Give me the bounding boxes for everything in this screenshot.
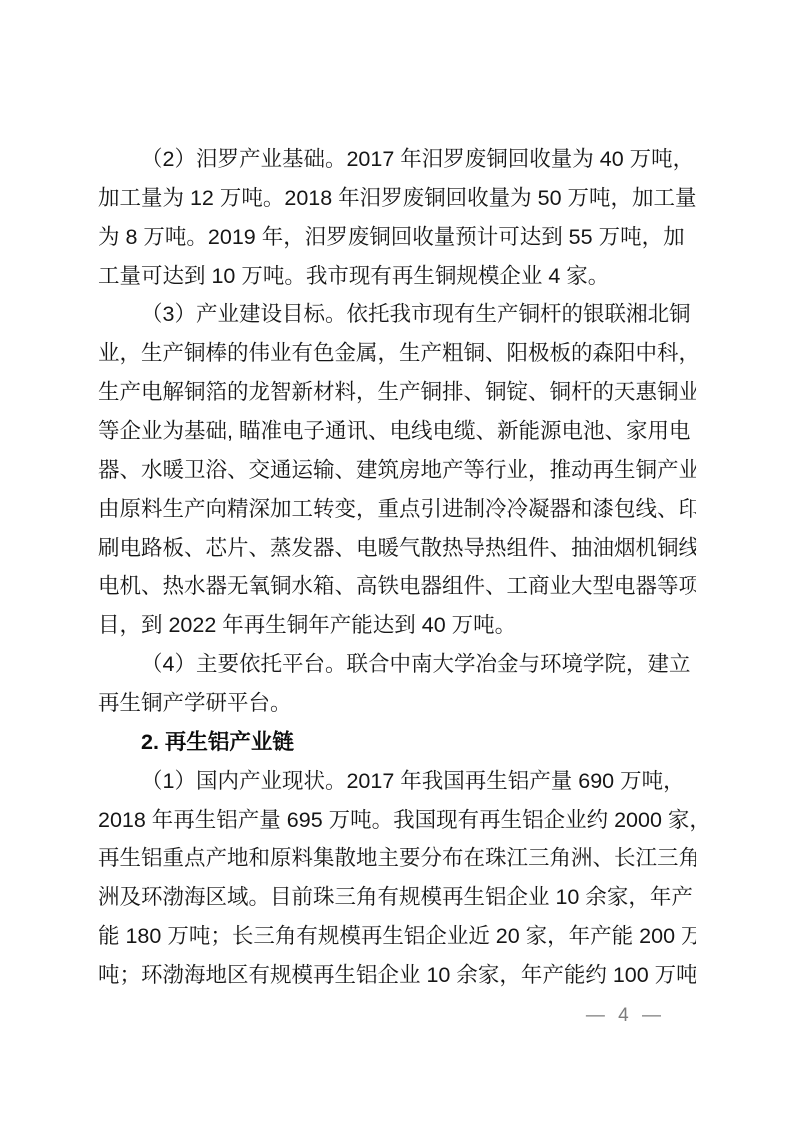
text-line: （4）主要依托平台。联合中南大学冶金与环境学院，建立 [98, 645, 696, 684]
page-number: — 4 — [586, 1003, 665, 1029]
document-body: （2）汨罗产业基础。2017 年汨罗废铜回收量为 40 万吨，加工量为 12 万… [98, 140, 696, 995]
text-line: 由原料生产向精深加工转变，重点引进制冷冷凝器和漆包线、印 [98, 490, 696, 529]
text-line: 为 8 万吨。2019 年，汨罗废铜回收量预计可达到 55 万吨，加 [98, 218, 696, 257]
text-line: 器、水暖卫浴、交通运输、建筑房地产等行业，推动再生铜产业 [98, 451, 696, 490]
text-line: 2018 年再生铝产量 695 万吨。我国现有再生铝企业约 2000 家， [98, 801, 696, 840]
text-line: 目，到 2022 年再生铜年产能达到 40 万吨。 [98, 606, 696, 645]
text-line: （2）汨罗产业基础。2017 年汨罗废铜回收量为 40 万吨， [98, 140, 696, 179]
text-line: 生产电解铜箔的龙智新材料，生产铜排、铜锭、铜杆的天惠铜业 [98, 373, 696, 412]
text-line: 电机、热水器无氧铜水箱、高铁电器组件、工商业大型电器等项 [98, 567, 696, 606]
text-line: 等企业为基础, 瞄准电子通讯、电线电缆、新能源电池、家用电 [98, 412, 696, 451]
text-line: 能 180 万吨；长三角有规模再生铝企业近 20 家，年产能 200 万 [98, 917, 696, 956]
text-line: （1）国内产业现状。2017 年我国再生铝产量 690 万吨， [98, 762, 696, 801]
text-line: 再生铝重点产地和原料集散地主要分布在珠江三角洲、长江三角 [98, 839, 696, 878]
text-line: 工量可达到 10 万吨。我市现有再生铜规模企业 4 家。 [98, 257, 696, 296]
text-line: 刷电路板、芯片、蒸发器、电暖气散热导热组件、抽油烟机铜线 [98, 529, 696, 568]
text-line: （3）产业建设目标。依托我市现有生产铜杆的银联湘北铜 [98, 295, 696, 334]
section-heading-recycled-aluminum-chain: 2. 再生铝产业链 [98, 723, 696, 762]
text-line: 再生铜产学研平台。 [98, 684, 696, 723]
text-line: 洲及环渤海区域。目前珠三角有规模再生铝企业 10 余家，年产 [98, 878, 696, 917]
document-page: （2）汨罗产业基础。2017 年汨罗废铜回收量为 40 万吨，加工量为 12 万… [0, 0, 793, 1122]
text-line: 业，生产铜棒的伟业有色金属，生产粗铜、阳极板的森阳中科， [98, 334, 696, 373]
text-line: 加工量为 12 万吨。2018 年汨罗废铜回收量为 50 万吨，加工量 [98, 179, 696, 218]
text-line: 吨；环渤海地区有规模再生铝企业 10 余家，年产能约 100 万吨， [98, 956, 696, 995]
